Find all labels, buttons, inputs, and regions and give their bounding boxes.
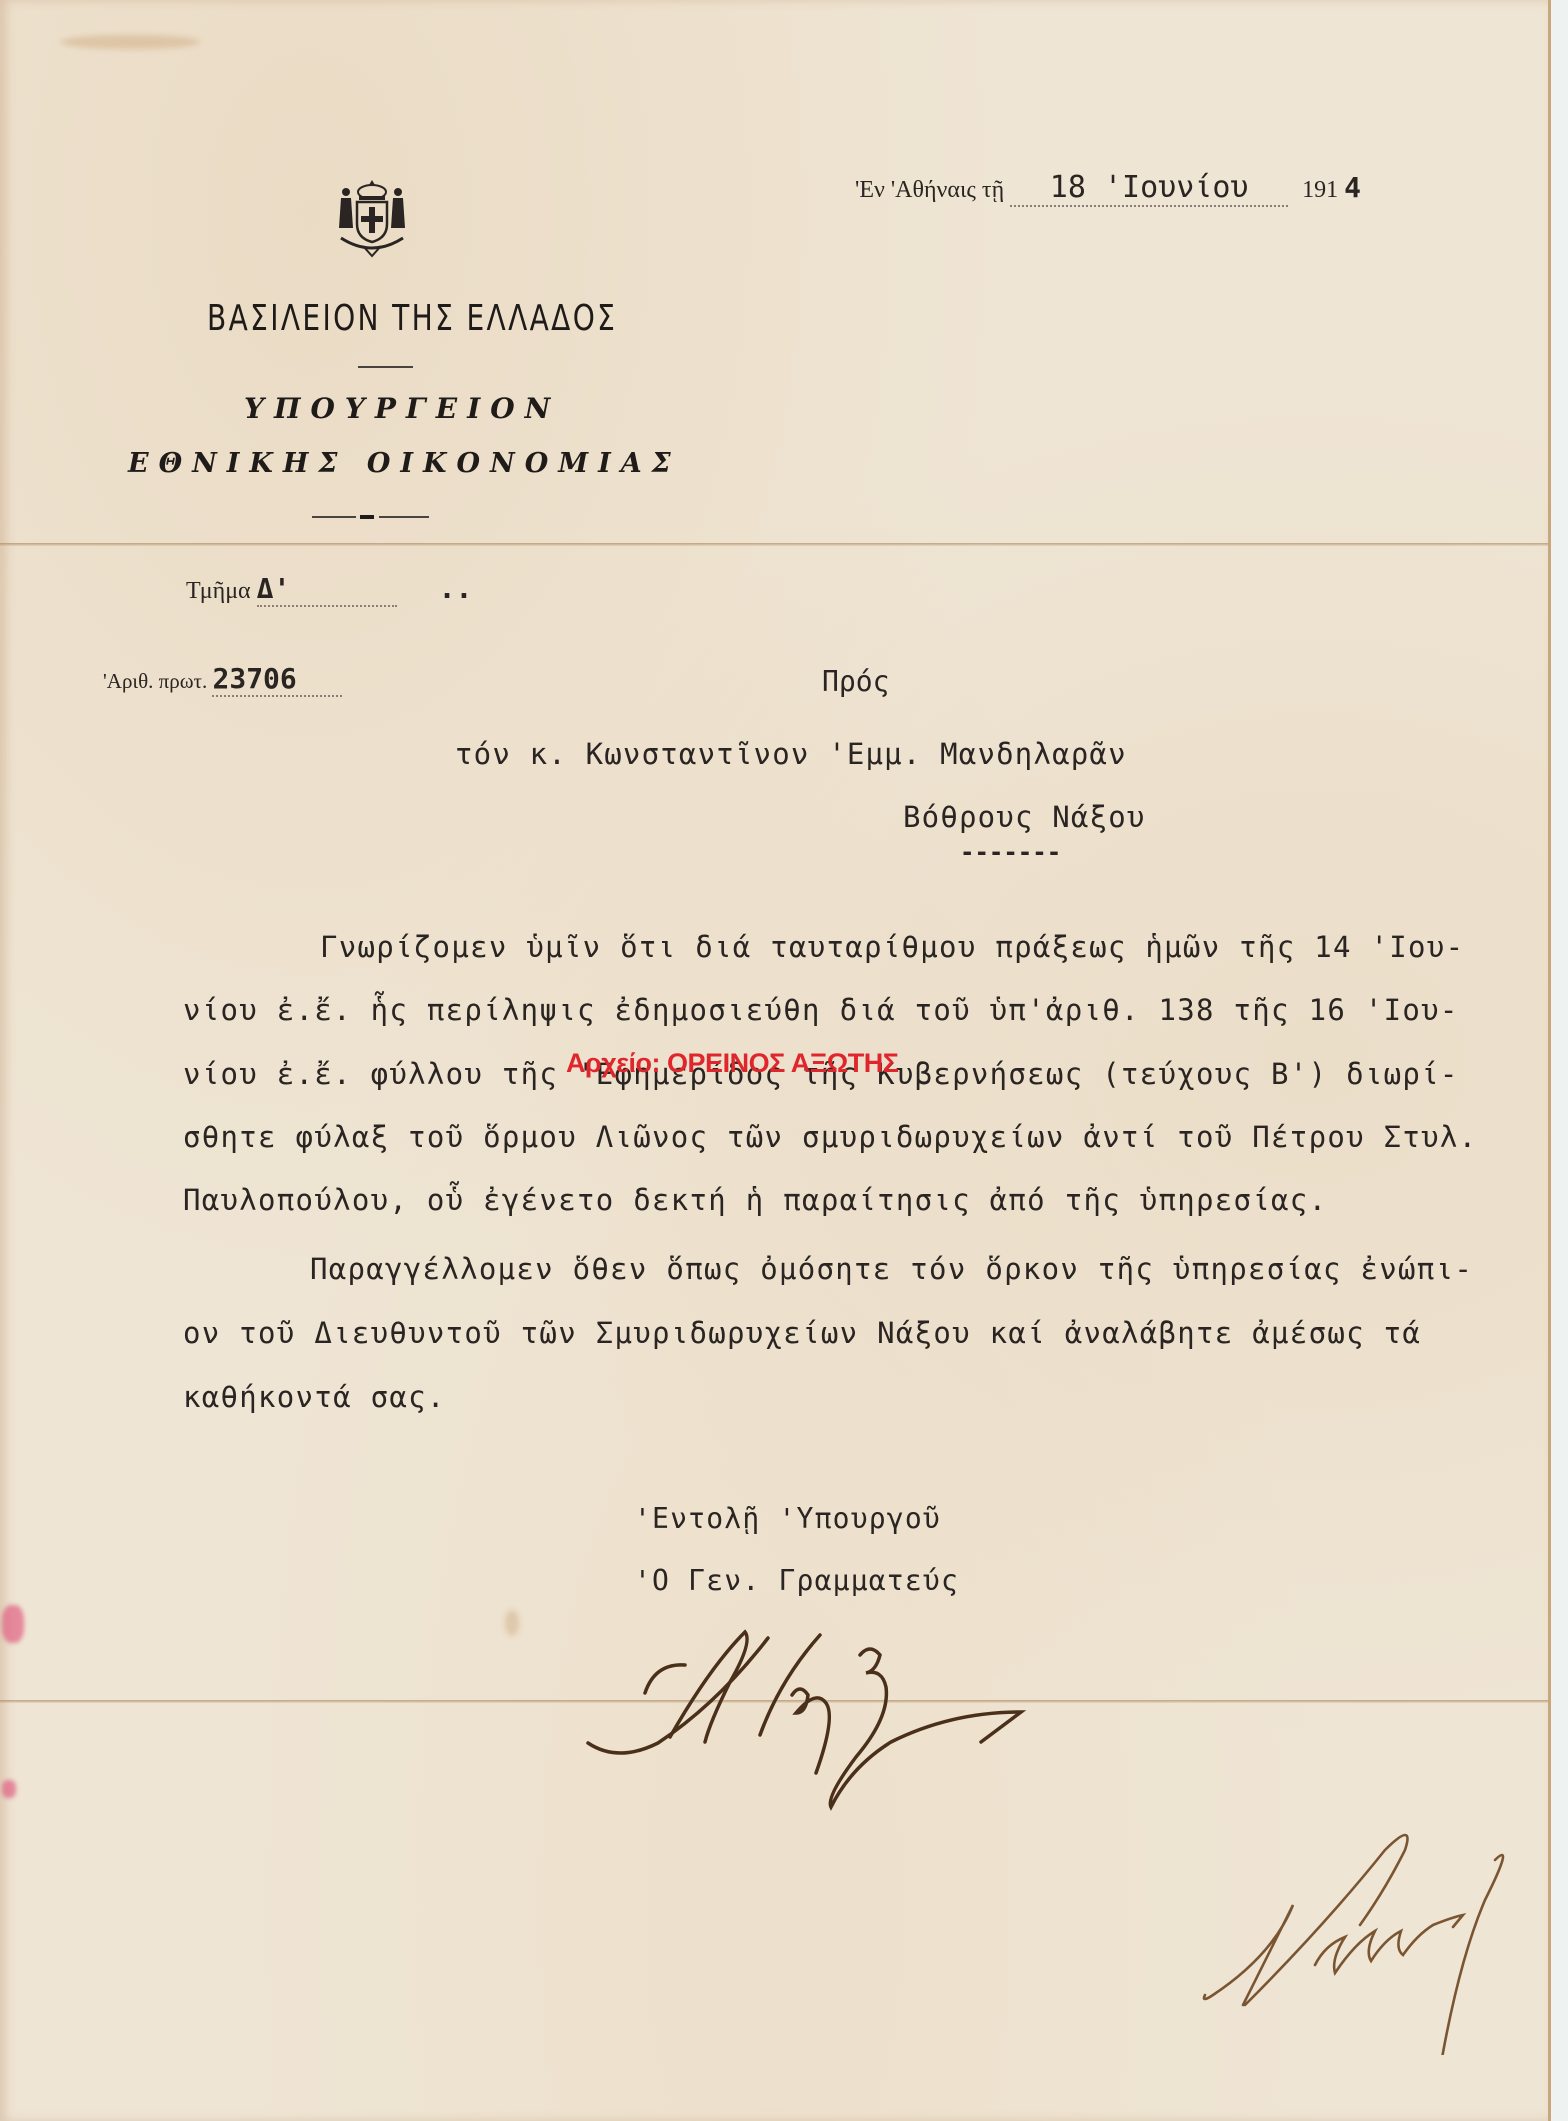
body-line: καθήκοντά σας. bbox=[183, 1380, 446, 1414]
secretary-signature-icon bbox=[560, 1625, 1060, 1875]
protocol-label: 'Αριθ. πρωτ. bbox=[103, 669, 207, 693]
closing-line2: 'Ο Γεν. Γραμματεύς bbox=[634, 1564, 959, 1597]
stain bbox=[60, 35, 200, 49]
body-line: Παυλοπούλου, οὗ ἐγένετο δεκτή ἡ παραίτησ… bbox=[183, 1183, 1327, 1217]
ministry-divider-right bbox=[379, 516, 429, 518]
closing-line1: 'Εντολῇ 'Υπουργοῦ bbox=[634, 1502, 941, 1535]
ministry-title-line2: ΕΘΝΙΚΗΣ ΟΙΚΟΝΟΜΙΑΣ bbox=[128, 448, 681, 479]
ink-stain bbox=[2, 1780, 16, 1798]
archive-watermark: Αρχείο: ΟΡΕΙΝΟΣ ΑΞΩΤΗΣ bbox=[566, 1048, 899, 1079]
date-year-prefix: 191 bbox=[1302, 177, 1338, 203]
date-month: 'Ιουνίου bbox=[1104, 170, 1249, 205]
addressee-separator: ------- bbox=[960, 838, 1061, 866]
date-day-month: 18 'Ιουνίου bbox=[1010, 170, 1288, 207]
greek-royal-coat-of-arms-icon bbox=[335, 178, 410, 260]
body-line: νίου ἐ.ἔ. ἧς περίληψις ἐδημοσιεύθη διά τ… bbox=[183, 993, 1459, 1027]
ministry-divider-center bbox=[360, 515, 374, 519]
date-year-suffix: 4 bbox=[1344, 171, 1361, 204]
ministry-title-line1: ΥΠΟΥΡΓΕΙΟΝ bbox=[244, 392, 560, 425]
protocol-reference: 'Αριθ. πρωτ. 23706 bbox=[103, 662, 342, 697]
header-divider bbox=[358, 366, 413, 368]
section-trailing: .. bbox=[439, 572, 473, 605]
letter-paper: 'Εν 'Αθήναις τῇ 18 'Ιουνίου 1914 ΒΑΣΙΛΕΙ… bbox=[0, 0, 1551, 2121]
recipient-signature-icon bbox=[1195, 1815, 1535, 2055]
stain bbox=[505, 1610, 519, 1636]
kingdom-title: ΒΑΣΙΛΕΙΟΝ ΤΗΣ ΕΛΛΑΔΟΣ bbox=[207, 298, 617, 339]
date-place: 'Εν 'Αθήναις τῇ bbox=[855, 177, 1004, 203]
date-day: 18 bbox=[1050, 170, 1086, 205]
date-line: 'Εν 'Αθήναις τῇ 18 'Ιουνίου 1914 bbox=[855, 170, 1361, 207]
ink-stain bbox=[2, 1605, 24, 1643]
body-line: Γνωρίζομεν ὑμῖν ὅτι διά ταυταρίθμου πράξ… bbox=[320, 930, 1464, 964]
ministry-divider-left bbox=[312, 516, 356, 518]
section-reference: Τμῆμα Δ' .. bbox=[186, 572, 472, 607]
to-label: Πρός bbox=[822, 665, 889, 698]
body-line: σθητε φύλαξ τοῦ ὅρμου Λιῶνος τῶν σμυριδω… bbox=[183, 1120, 1477, 1154]
section-label: Τμῆμα bbox=[186, 578, 251, 604]
protocol-number: 23706 bbox=[212, 662, 342, 697]
addressee-name: τόν κ. Κωνσταντῖνον 'Εμμ. Μανδηλαρᾶν bbox=[455, 737, 1127, 771]
addressee-place: Βόθρους Νάξου bbox=[903, 800, 1146, 834]
fold-line-top bbox=[0, 543, 1548, 546]
section-dots: Δ' bbox=[257, 572, 397, 607]
body-line: Παραγγέλλομεν ὅθεν ὅπως ὀμόσητε τόν ὅρκο… bbox=[310, 1252, 1473, 1286]
body-line: ον τοῦ Διευθυντοῦ τῶν Σμυριδωρυχείων Νάξ… bbox=[183, 1316, 1421, 1350]
section-value: Δ' bbox=[257, 572, 291, 605]
